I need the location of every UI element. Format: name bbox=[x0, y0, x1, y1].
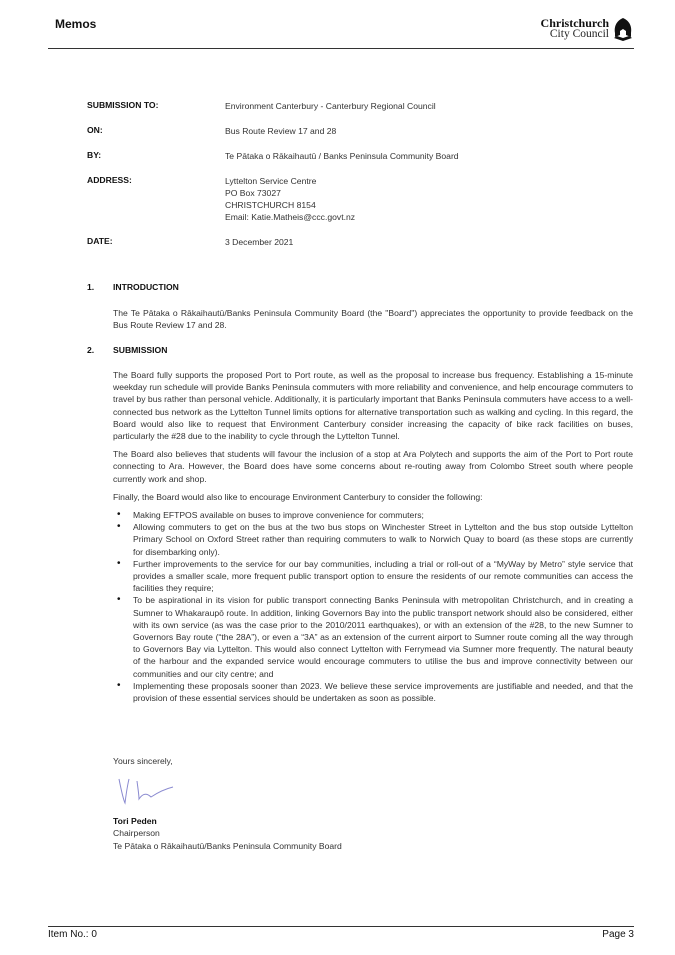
list-item: To be aspirational in its vision for pub… bbox=[113, 594, 633, 679]
address-line: PO Box 73027 bbox=[225, 187, 355, 199]
address-line: Lyttelton Service Centre bbox=[225, 175, 355, 187]
logo-line-2: City Council bbox=[541, 29, 609, 40]
section-title: SUBMISSION bbox=[113, 345, 167, 355]
address-line: CHRISTCHURCH 8154 bbox=[225, 199, 355, 211]
address-value: Lyttelton Service Centre PO Box 73027 CH… bbox=[225, 175, 355, 223]
on-label: ON: bbox=[87, 125, 225, 137]
list-item: Making EFTPOS available on buses to impr… bbox=[113, 509, 633, 521]
submission-body: The Board fully supports the proposed Po… bbox=[113, 369, 633, 704]
recommendations-list: Making EFTPOS available on buses to impr… bbox=[113, 509, 633, 704]
signatory-name: Tori Peden bbox=[113, 815, 342, 827]
submission-to-label: SUBMISSION TO: bbox=[87, 100, 225, 112]
closing: Yours sincerely, bbox=[113, 755, 342, 767]
cathedral-logo-icon bbox=[612, 17, 634, 41]
section-title: Memos bbox=[55, 17, 96, 31]
on-value: Bus Route Review 17 and 28 bbox=[225, 125, 336, 137]
signatory-role: Chairperson bbox=[113, 827, 342, 839]
item-number: Item No.: 0 bbox=[48, 929, 97, 940]
paragraph: The Board also believes that students wi… bbox=[113, 448, 633, 485]
page-footer: Item No.: 0 Page 3 bbox=[48, 926, 634, 940]
page-number: Page 3 bbox=[602, 929, 634, 940]
submission-to-value: Environment Canterbury - Canterbury Regi… bbox=[225, 100, 436, 112]
section-number: 2. bbox=[87, 345, 113, 355]
list-item: Allowing commuters to get on the bus at … bbox=[113, 521, 633, 558]
submission-details: SUBMISSION TO: Environment Canterbury - … bbox=[87, 100, 459, 248]
address-email[interactable]: Email: Katie.Matheis@ccc.govt.nz bbox=[225, 211, 355, 223]
paragraph: The Board fully supports the proposed Po… bbox=[113, 369, 633, 442]
date-value: 3 December 2021 bbox=[225, 236, 293, 248]
signoff-block: Yours sincerely, Tori Peden Chairperson … bbox=[113, 755, 342, 852]
section-number: 1. bbox=[87, 282, 113, 292]
council-logo: Christchurch City Council bbox=[541, 17, 634, 41]
introduction-body: The Te Pātaka o Rākaihautū/Banks Peninsu… bbox=[113, 307, 633, 337]
section-heading-submission: 2.SUBMISSION bbox=[87, 345, 167, 355]
address-label: ADDRESS: bbox=[87, 175, 225, 223]
paragraph: Finally, the Board would also like to en… bbox=[113, 491, 633, 503]
by-label: BY: bbox=[87, 150, 225, 162]
by-value: Te Pātaka o Rākaihautū / Banks Peninsula… bbox=[225, 150, 459, 162]
signatory-organisation: Te Pātaka o Rākaihautū/Banks Peninsula C… bbox=[113, 840, 342, 852]
list-item: Implementing these proposals sooner than… bbox=[113, 680, 633, 704]
page-header: Memos Christchurch City Council bbox=[48, 0, 634, 49]
section-heading-introduction: 1.INTRODUCTION bbox=[87, 282, 179, 292]
list-item: Further improvements to the service for … bbox=[113, 558, 633, 595]
date-label: DATE: bbox=[87, 236, 225, 248]
signature-image bbox=[113, 773, 193, 807]
section-title: INTRODUCTION bbox=[113, 282, 179, 292]
paragraph: The Te Pātaka o Rākaihautū/Banks Peninsu… bbox=[113, 307, 633, 331]
